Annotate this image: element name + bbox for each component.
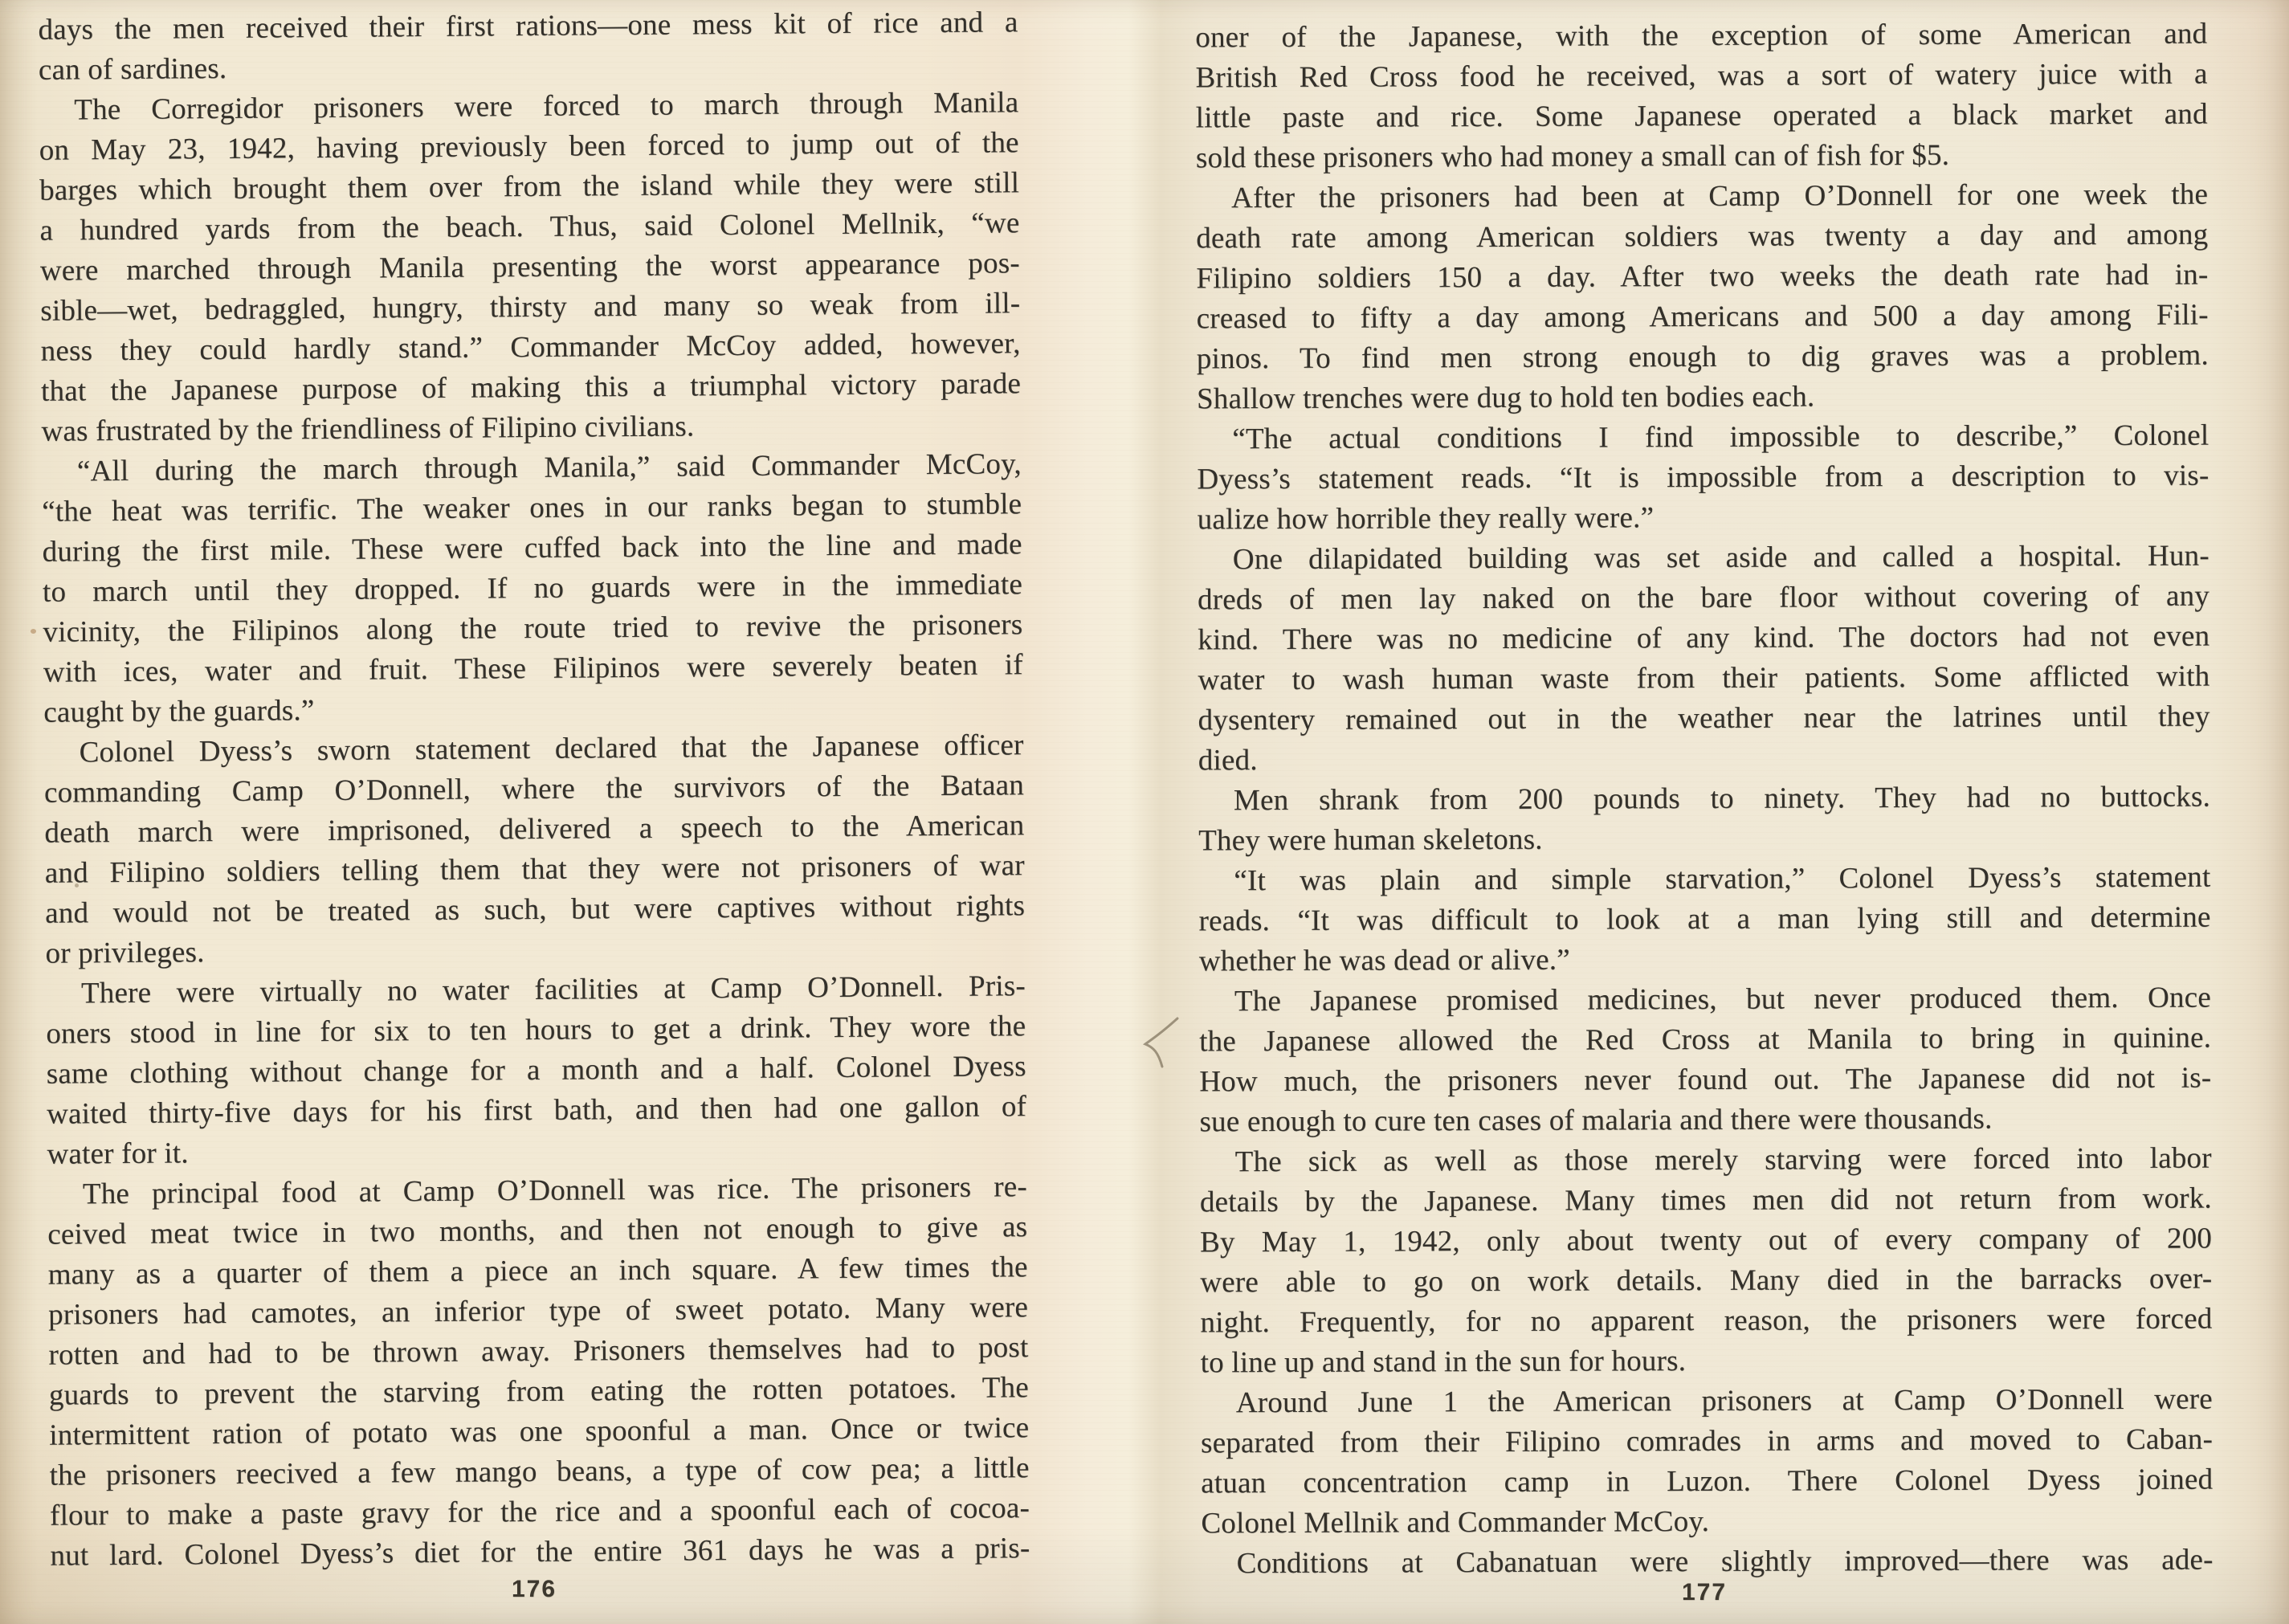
text-line: pinos. To find men strong enough to dig … — [1197, 336, 2209, 380]
paragraph: Around June 1 the American prisoners at … — [1201, 1380, 2214, 1544]
paragraph: oner of the Japanese, with the exception… — [1195, 14, 2208, 179]
text-line: “It was plain and simple starvation,” Co… — [1198, 858, 2210, 902]
text-line: water to wash human waste from their pat… — [1198, 657, 2209, 701]
text-line: nut lard. Colonel Dyess’s diet for the e… — [50, 1528, 1030, 1577]
text-line: After the prisoners had been at Camp O’D… — [1196, 175, 2208, 219]
text-line: that the Japanese purpose of making this… — [41, 364, 1021, 412]
text-line: death rate among American soldiers was t… — [1196, 215, 2208, 259]
paragraph: Men shrank from 200 pounds to ninety. Th… — [1198, 777, 2210, 862]
paragraph: The principal food at Camp O’Donnell was… — [47, 1167, 1030, 1577]
page-right: oner of the Japanese, with the exception… — [1144, 0, 2289, 1624]
paragraph: days the men received their first ration… — [38, 2, 1018, 91]
paragraph: Conditions at Cabanatuan were slightly i… — [1202, 1540, 2214, 1585]
text-line: reads. “It was difficult to look at a ma… — [1198, 898, 2210, 942]
text-line: sold these prisoners who had money a sma… — [1196, 135, 2208, 179]
text-line: waited thirty-five days for his first ba… — [47, 1087, 1026, 1135]
text-line: Dyess’s statement reads. “It is impossib… — [1197, 456, 2209, 500]
text-line: They were human skeletons. — [1198, 818, 2210, 862]
text-line: whether he was dead or alive.” — [1199, 938, 2211, 982]
text-line: dysentery remained out in the weather ne… — [1198, 697, 2210, 741]
text-line: with ices, water and fruit. These Filipi… — [43, 645, 1023, 693]
page-left-text: days the men received their first ration… — [38, 2, 1030, 1577]
paragraph: One dilapidated building was set aside a… — [1198, 537, 2210, 781]
text-line: Men shrank from 200 pounds to ninety. Th… — [1198, 777, 2210, 822]
text-line: died. — [1198, 737, 2210, 781]
text-line: details by the Japanese. Many times men … — [1200, 1179, 2212, 1223]
paragraph: The Japanese promised medicines, but nev… — [1199, 978, 2212, 1143]
text-line: Shallow trenches were dug to hold ten bo… — [1197, 376, 2209, 420]
paragraph: There were virtually no water facilities… — [46, 966, 1027, 1175]
text-line: Colonel Mellnik and Commander McCoy. — [1201, 1500, 2213, 1544]
text-line: were able to go on work details. Many di… — [1200, 1259, 2212, 1304]
paragraph: “All during the march through Manila,” s… — [42, 444, 1024, 733]
paragraph: The Corregidor prisoners were forced to … — [39, 83, 1021, 452]
paragraph: Colonel Dyess’s sworn statement declared… — [43, 725, 1025, 974]
text-line: kind. There was no medicine of any kind.… — [1198, 617, 2209, 661]
text-line: Conditions at Cabanatuan were slightly i… — [1202, 1540, 2214, 1585]
text-line: night. Frequently, for no apparent reaso… — [1200, 1300, 2212, 1344]
paragraph: After the prisoners had been at Camp O’D… — [1196, 175, 2209, 420]
text-line: How much, the prisoners never found out.… — [1199, 1059, 2211, 1103]
page-number-left: 176 — [44, 1576, 1024, 1603]
text-line: By May 1, 1942, only about twenty out of… — [1200, 1219, 2212, 1263]
text-line: to line up and stand in the sun for hour… — [1201, 1340, 2213, 1384]
text-line: sue enough to cure ten cases of malaria … — [1199, 1099, 2211, 1143]
text-line: the Japanese allowed the Red Cross at Ma… — [1199, 1018, 2211, 1063]
paragraph: “It was plain and simple starvation,” Co… — [1198, 858, 2211, 982]
page-right-text: oner of the Japanese, with the exception… — [1195, 14, 2213, 1585]
text-line: little paste and rice. Some Japanese ope… — [1196, 95, 2208, 139]
text-line: One dilapidated building was set aside a… — [1198, 537, 2209, 581]
page-left: days the men received their first ration… — [0, 0, 1144, 1624]
text-line: Filipino soldiers 150 a day. After two w… — [1196, 255, 2208, 300]
text-line: ualize how horrible they really were.” — [1198, 496, 2209, 541]
text-line: The sick as well as those merely starvin… — [1200, 1139, 2212, 1183]
page-number-right: 177 — [1198, 1579, 2210, 1606]
text-line: The Japanese promised medicines, but nev… — [1199, 978, 2211, 1022]
text-line: separated from their Filipino comrades i… — [1201, 1420, 2213, 1464]
text-line: dreds of men lay naked on the bare floor… — [1198, 577, 2209, 621]
text-line: “The actual conditions I find impossible… — [1197, 416, 2209, 460]
paragraph: The sick as well as those merely starvin… — [1200, 1139, 2213, 1384]
text-line: atuan concentration camp in Luzon. There… — [1201, 1460, 2213, 1504]
book-spread: days the men received their first ration… — [0, 0, 2289, 1624]
text-line: and would not be treated as such, but we… — [45, 886, 1025, 934]
text-line: oner of the Japanese, with the exception… — [1195, 14, 2207, 59]
paragraph: “The actual conditions I find impossible… — [1197, 416, 2209, 541]
text-line: creased to fifty a day among Americans a… — [1197, 296, 2209, 340]
text-line: British Red Cross food he received, was … — [1195, 55, 2207, 99]
text-line: days the men received their first ration… — [38, 2, 1018, 51]
text-line: Around June 1 the American prisoners at … — [1201, 1380, 2213, 1424]
